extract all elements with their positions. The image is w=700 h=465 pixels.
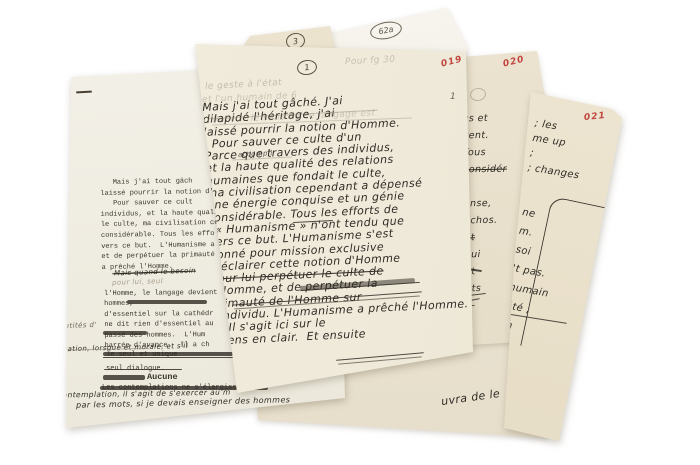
handwriting-line: Parce que travers des individus, [204, 139, 461, 164]
pencil-top-right: Pour fg 30 [345, 55, 396, 68]
handwriting-fragment: ; [529, 146, 583, 169]
handwriting-fragment: ; changes [527, 160, 581, 183]
pencil-line-2: et l'un humain de 6 [202, 91, 298, 105]
center-ink-lines: Mais j'ai tout gâché. J'aidilapidé l'hér… [202, 89, 470, 347]
manuscript-page-typed: Mais j'ai tout gâchlaissé pourrir la not… [0, 0, 700, 465]
handwriting-fragment: — [465, 297, 509, 315]
handwriting-fragment: considér [463, 161, 507, 179]
handwriting-fragment: soi [514, 240, 557, 266]
handwriting-line: humaines que fondait le culte, [206, 163, 463, 188]
typed-line: et de perpétuer la primauté [101, 250, 219, 263]
handwriting-line: pour lui perpétuer le culte de [210, 261, 467, 286]
manuscript-page-62a: 62a [0, 0, 700, 465]
staple-icon [76, 91, 92, 94]
handwriting-fragment: Et [464, 229, 508, 247]
manuscript-photo: 62a 3 uvra de le 020 gs etvent.Tousconsi… [0, 0, 700, 465]
folio-red-021: 021 [584, 111, 607, 123]
handwriting-fragment: Tous [463, 144, 507, 162]
handwriting-line: ma civilisation cependant a dépensé [206, 175, 463, 200]
typed-line: laissé pourrir la notion d'H [100, 187, 218, 200]
typed-line: passé des hommes. L'Hum [104, 330, 218, 341]
pencil-struck: Pour — le sens de ce langage est [213, 108, 376, 125]
handwriting-line [204, 126, 460, 139]
folio-circle-3: 3 [285, 31, 306, 50]
handwriting-line: considérable. Tous les efforts de [207, 200, 464, 225]
typed-line: Mais j'ai tout gâch [100, 176, 218, 189]
handwriting-fragment: e [494, 353, 537, 379]
pencil-line-1: le geste à l'état [205, 78, 282, 92]
handwriting-fragment [511, 278, 550, 285]
typed-line: barrée d'avance. Il a ch [104, 340, 218, 351]
handwriting-fragment: humain [508, 278, 551, 304]
handwriting-line: l'Homme, et de perpétuer la [211, 274, 468, 299]
typed-line: Pour sauver ce cult [100, 197, 218, 210]
folio-red-019: 019 [440, 55, 464, 70]
handwriting-fragment: vent. [463, 127, 507, 145]
page-021-column-fragments: nem.soi't pas.humainété ,mòe [494, 203, 563, 378]
hand-line-1: contemplation, il s'agit de s'exercer au… [58, 387, 231, 399]
note-pencil: pour lui, seul [112, 277, 163, 287]
folio-62a: 62a [378, 25, 395, 37]
manuscript-page-019: 1 019 1 Pour fg 30 le geste à l'état et … [0, 0, 700, 465]
handwriting-fragment: a [463, 178, 507, 196]
handwriting-fragment: qui [465, 246, 509, 264]
handwriting-line: donné pour mission exclusive [209, 237, 466, 262]
word-aucune: Aucune [147, 372, 178, 382]
faint-circle-mark [469, 87, 487, 102]
insert-word: accompli [238, 149, 273, 159]
typed-line: le culte, ma civilisation ce [101, 218, 219, 231]
typed-line: considérable. Tous les effo [101, 229, 219, 242]
typed-line: ne dit rien d'essentiel au [104, 319, 218, 330]
typed-struck-line-3: Les contemplations ne s'élargissent [102, 384, 249, 392]
handwriting-line: laissé pourrir la notion d'Homme. [203, 114, 460, 139]
typed-struck-line-2: seul dialogue. [106, 365, 165, 373]
handwriting-line: sens en clair. Et ensuite [213, 323, 470, 348]
handwriting-fragment: gs et [462, 110, 506, 128]
handwriting-line: dilapidé l'héritage, j'ai [203, 102, 460, 127]
handwriting-fragment: et [465, 263, 509, 281]
typed-line: individus, et la haute quali [101, 208, 219, 221]
handwriting-line: Pour sauver ce culte d'un [204, 126, 461, 151]
manuscript-page-021: 021 ; lesme up;; changes nem.soi't pas.h… [0, 0, 700, 465]
handwriting-fragment: uts [465, 280, 509, 298]
handwriting-fragment: me up [531, 131, 585, 154]
typed-lower-lines: l'Homme, le langage devienthommes,d'esse… [104, 288, 218, 351]
handwriting-line: l'individu. L'Humanisme a prêché l'Homme… [212, 298, 469, 323]
handwriting-line: d'éclairer cette notion d'Homme [210, 249, 467, 274]
handwriting-fragment: anse, [464, 195, 508, 213]
margin-note: des quantités d' [34, 321, 97, 331]
handwriting-line: Mais j'ai tout gâché. J'ai [202, 89, 459, 114]
ink-bracket [520, 196, 615, 359]
handwriting-fragment: m. [517, 222, 560, 248]
typed-line: a prêché l'Homme. [101, 261, 219, 274]
folio-3: 3 [292, 36, 299, 46]
handwriting-line: primauté de l'Homme sur [212, 286, 469, 311]
handwriting-line: et la haute qualité des relations [205, 151, 462, 176]
typed-line: hommes, [104, 298, 218, 309]
under-strip-fragment: uvra de le [440, 387, 501, 408]
folio-circle-62a: 62a [369, 19, 404, 42]
typed-upper-lines: Mais j'ai tout gâchlaissé pourrir la not… [100, 176, 219, 273]
stray-number-1: 1 [450, 92, 456, 102]
folio-1: 1 [304, 63, 310, 73]
margin-note-2: argumentation, lorsque et morale, et s'i… [30, 342, 188, 354]
handwriting-fragment: ; les [534, 116, 588, 139]
handwriting-fragment: ne [521, 203, 564, 229]
typed-line: d'essentiel sur la cathédr [104, 309, 218, 320]
handwriting-fragment: echos. [464, 212, 508, 230]
manuscript-page-020: 020 gs etvent.Tousconsidéraanse,echos.Et… [0, 0, 700, 465]
handwriting-fragment: été , [504, 297, 547, 323]
manuscript-under-strip: uvra de le [0, 0, 700, 465]
handwriting-line: l'« Humanisme » n'ont tendu que [208, 212, 465, 237]
note-struck: Mais quand le besoin [114, 267, 196, 278]
manuscript-page-3: 3 [0, 0, 700, 465]
page-021-top-fragments: ; lesme up;; changes [527, 116, 588, 183]
typed-struck-line-1: le seul et unique [106, 351, 177, 359]
typed-line: l'Homme, le langage devient [104, 288, 218, 299]
handwriting-fragment: ò [498, 334, 541, 360]
handwriting-fragment: m [501, 315, 544, 341]
handwriting-line: vers ce but. L'Humanisme s'est [209, 225, 466, 250]
hand-line-2: par les mots, si je devais enseigner des… [76, 395, 290, 410]
handwriting-line: une énergie conquise et un génie [207, 188, 464, 213]
handwriting-line: Il s'agit ici sur le [213, 311, 470, 336]
typed-line: vers ce but. L'Humanisme a [101, 239, 219, 252]
folio-red-020: 020 [502, 55, 526, 70]
folio-circle-1: 1 [296, 59, 318, 77]
handwriting-fragment: 't pas. [511, 259, 554, 285]
page-020-fragments: gs etvent.Tousconsidéraanse,echos.Etquie… [462, 110, 509, 315]
